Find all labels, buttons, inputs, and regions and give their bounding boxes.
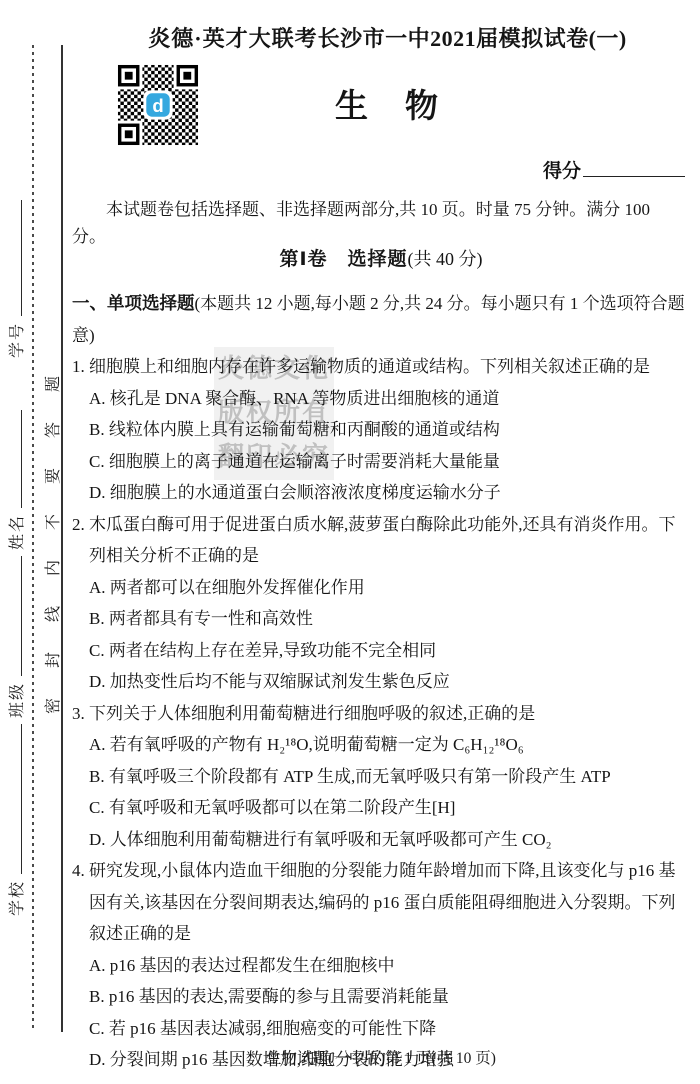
question-stem-text: 木瓜蛋白酶可用于促进蛋白质水解,菠萝蛋白酶除此功能外,还具有消炎作用。下列相关分… xyxy=(89,515,676,566)
question-3-option-b: B. 有氧呼吸三个阶段都有 ATP 生成,而无氧呼吸只有第一阶段产生 ATP xyxy=(72,761,690,793)
question-3-stem: 3.下列关于人体细胞利用葡萄糖进行细胞呼吸的叙述,正确的是 xyxy=(72,698,690,730)
section-heading-title: 一、单项选择题 xyxy=(72,293,195,313)
question-stem-text: 研究发现,小鼠体内造血干细胞的分裂能力随年龄增加而下降,且该变化与 p16 基因… xyxy=(89,861,676,943)
question-1-option-c: C. 细胞膜上的离子通道在运输离子时需要消耗大量能量 xyxy=(72,446,690,478)
question-3-option-a: A. 若有氧呼吸的产物有 H₂¹⁸O,说明葡萄糖一定为 C₆H₁₂¹⁸O₆ xyxy=(72,729,690,761)
question-2-option-c: C. 两者在结构上存在差异,导致功能不完全相同 xyxy=(72,635,690,667)
question-4-option-d: D. 分裂间期 p16 基因数增加,细胞分裂的能力增强 xyxy=(72,1044,690,1076)
seal-line-text: 密封线内不要答题 xyxy=(40,330,62,714)
question-4-option-a: A. p16 基因的表达过程都发生在细胞核中 xyxy=(72,950,690,982)
class-label: 班级 xyxy=(9,682,26,718)
question-4-option-c: C. 若 p16 基因表达减弱,细胞癌变的可能性下降 xyxy=(72,1013,690,1045)
exam-title-rest: 长沙市一中2021届模拟试卷(一) xyxy=(318,26,627,51)
name-label: 姓名 xyxy=(9,514,26,550)
question-1-option-a: A. 核孔是 DNA 聚合酶、RNA 等物质进出细胞核的通道 xyxy=(72,383,690,415)
question-3: 3.下列关于人体细胞利用葡萄糖进行细胞呼吸的叙述,正确的是 A. 若有氧呼吸的产… xyxy=(72,698,690,856)
exam-title-brand: 炎德·英才大联考 xyxy=(148,26,317,51)
part-title-main: 第Ⅰ卷 选择题 xyxy=(279,249,407,270)
question-stem-text: 下列关于人体细胞利用葡萄糖进行细胞呼吸的叙述,正确的是 xyxy=(89,704,535,723)
exam-instructions: 本试题卷包括选择题、非选择题两部分,共 10 页。时量 75 分钟。满分 100… xyxy=(72,196,664,250)
question-2-option-a: A. 两者都可以在细胞外发挥催化作用 xyxy=(72,572,690,604)
student-id-blank xyxy=(6,200,22,316)
question-number: 2. xyxy=(72,509,89,541)
questions-area: 一、单项选择题(本题共 12 小题,每小题 2 分,共 24 分。每小题只有 1… xyxy=(72,288,690,1076)
student-info-labels: 学校班级姓名学号 xyxy=(4,116,28,916)
question-2-option-d: D. 加热变性后均不能与双缩脲试剂发生紫色反应 xyxy=(72,666,690,698)
question-1-stem: 1.细胞膜上和细胞内存在许多运输物质的通道或结构。下列相关叙述正确的是 xyxy=(72,351,690,383)
question-stem-text: 细胞膜上和细胞内存在许多运输物质的通道或结构。下列相关叙述正确的是 xyxy=(89,357,650,376)
section-heading: 一、单项选择题(本题共 12 小题,每小题 2 分,共 24 分。每小题只有 1… xyxy=(72,288,690,351)
part-title: 第Ⅰ卷 选择题(共 40 分) xyxy=(72,244,690,271)
question-4-stem: 4.研究发现,小鼠体内造血干细胞的分裂能力随年龄增加而下降,且该变化与 p16 … xyxy=(72,855,690,950)
question-number: 1. xyxy=(72,351,89,383)
subject-title: 生 物 xyxy=(85,80,690,127)
question-2-stem: 2.木瓜蛋白酶可用于促进蛋白质水解,菠萝蛋白酶除此功能外,还具有消炎作用。下列相… xyxy=(72,509,690,572)
class-blank xyxy=(6,556,22,676)
school-label: 学校 xyxy=(9,880,26,916)
student-id-label: 学号 xyxy=(9,322,26,358)
question-4-option-b: B. p16 基因的表达,需要酶的参与且需要消耗能量 xyxy=(72,981,690,1013)
question-3-option-d: D. 人体细胞利用葡萄糖进行有氧呼吸和无氧呼吸都可产生 CO₂ xyxy=(72,824,690,856)
score-blank xyxy=(583,157,685,177)
question-1-option-b: B. 线粒体内膜上具有运输葡萄糖和丙酮酸的通道或结构 xyxy=(72,414,690,446)
question-2: 2.木瓜蛋白酶可用于促进蛋白质水解,菠萝蛋白酶除此功能外,还具有消炎作用。下列相… xyxy=(72,509,690,698)
name-blank xyxy=(6,410,22,508)
question-3-option-c: C. 有氧呼吸和无氧呼吸都可以在第二阶段产生[H] xyxy=(72,792,690,824)
score-label: 得分 xyxy=(543,161,581,182)
question-2-option-b: B. 两者都具有专一性和高效性 xyxy=(72,603,690,635)
seal-dotted-line xyxy=(32,45,34,1032)
question-number: 3. xyxy=(72,698,89,730)
exam-title: 炎德·英才大联考长沙市一中2021届模拟试卷(一) xyxy=(85,22,690,53)
school-blank xyxy=(6,724,22,874)
score-field: 得分 xyxy=(543,156,685,183)
margin-solid-line xyxy=(61,45,63,1032)
question-number: 4. xyxy=(72,855,89,887)
exam-paper-page: 学校班级姓名学号 密封线内不要答题 炎德·英才大联考长沙市一中2021届模拟试卷… xyxy=(0,0,700,1084)
question-1-option-d: D. 细胞膜上的水通道蛋白会顺溶液浓度梯度运输水分子 xyxy=(72,477,690,509)
question-1: 1.细胞膜上和细胞内存在许多运输物质的通道或结构。下列相关叙述正确的是 A. 核… xyxy=(72,351,690,509)
question-4: 4.研究发现,小鼠体内造血干细胞的分裂能力随年龄增加而下降,且该变化与 p16 … xyxy=(72,855,690,1076)
part-title-points: (共 40 分) xyxy=(408,249,483,269)
